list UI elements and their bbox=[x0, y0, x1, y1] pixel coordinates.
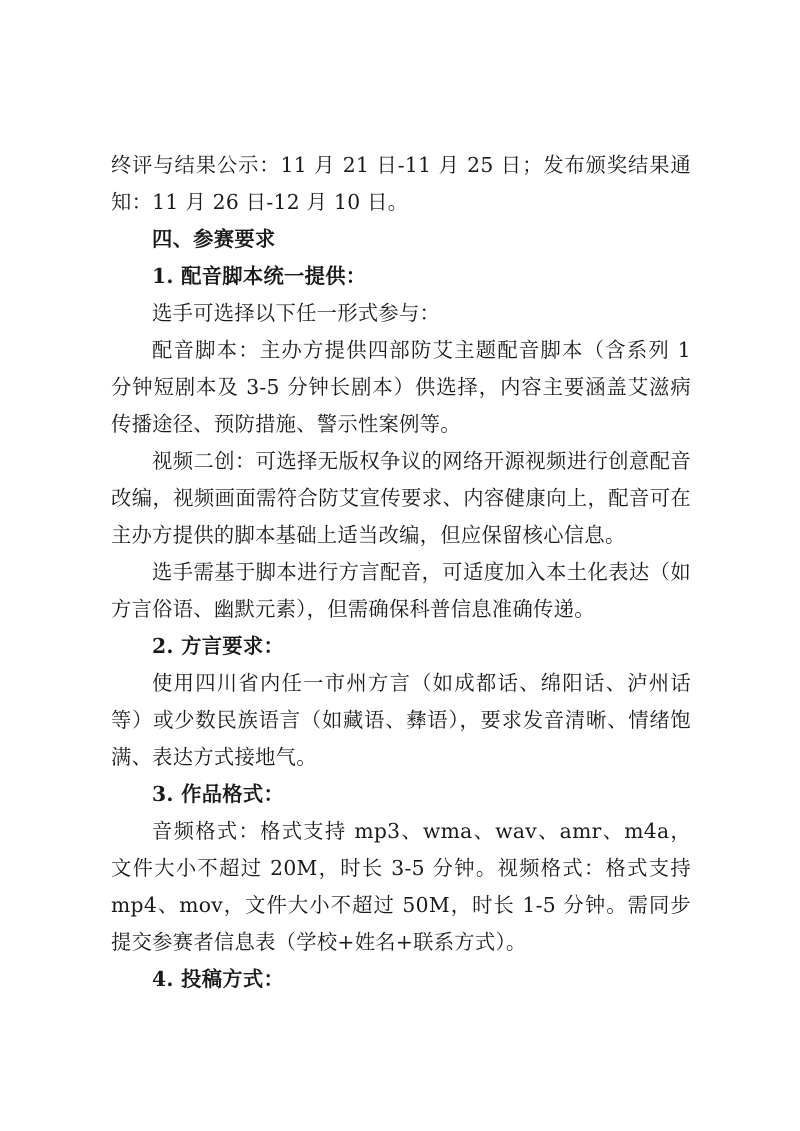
subheading-submission-method: 4. 投稿方式： bbox=[111, 961, 691, 998]
section-heading-requirements: 四、参赛要求 bbox=[111, 221, 691, 258]
subheading-work-format: 3. 作品格式： bbox=[111, 776, 691, 813]
dialect-requirements-paragraph: 使用四川省内任一市州方言（如成都话、绵阳话、泸州话等）或少数民族语言（如藏语、彝… bbox=[111, 665, 691, 776]
schedule-paragraph: 终评与结果公示：11 月 21 日-11 月 25 日；发布颁奖结果通知：11 … bbox=[111, 147, 691, 221]
participation-intro-paragraph: 选手可选择以下任一形式参与： bbox=[111, 295, 691, 332]
document-page: 终评与结果公示：11 月 21 日-11 月 25 日；发布颁奖结果通知：11 … bbox=[111, 147, 691, 998]
subheading-dialect-requirements: 2. 方言要求： bbox=[111, 628, 691, 665]
script-option-paragraph: 配音脚本：主办方提供四部防艾主题配音脚本（含系列 1 分钟短剧本及 3-5 分钟… bbox=[111, 332, 691, 443]
video-remix-option-paragraph: 视频二创：可选择无版权争议的网络开源视频进行创意配音改编，视频画面需符合防艾宣传… bbox=[111, 443, 691, 554]
work-format-paragraph: 音频格式：格式支持 mp3、wma、wav、amr、m4a，文件大小不超过 20… bbox=[111, 813, 691, 961]
subheading-script-provided: 1. 配音脚本统一提供： bbox=[111, 258, 691, 295]
dialect-dubbing-paragraph: 选手需基于脚本进行方言配音，可适度加入本土化表达（如方言俗语、幽默元素），但需确… bbox=[111, 554, 691, 628]
